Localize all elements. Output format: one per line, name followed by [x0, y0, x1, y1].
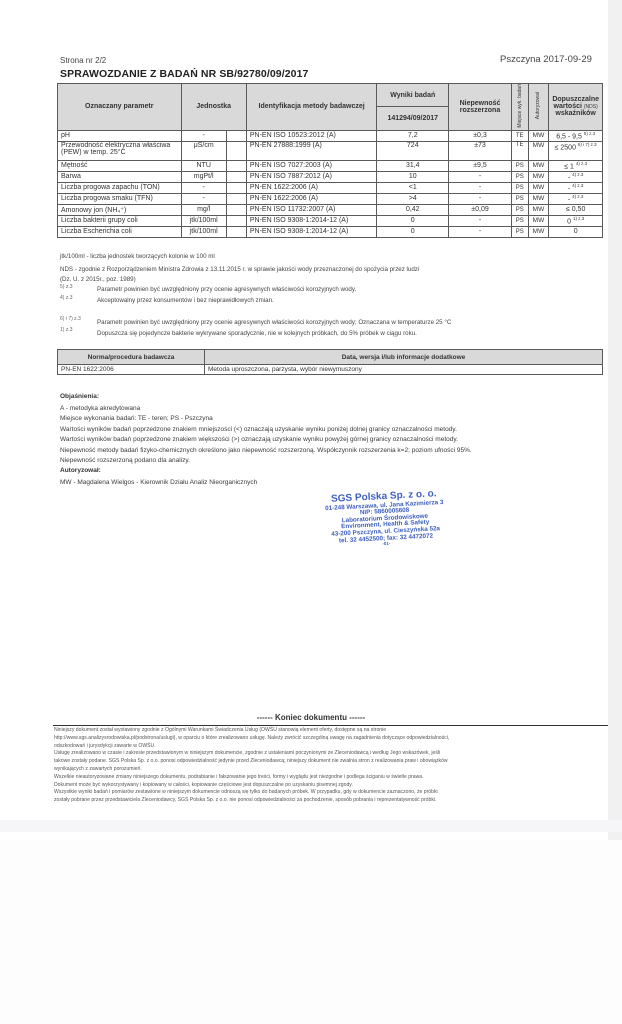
authorized-heading: Autoryzował:	[60, 467, 101, 474]
header-method: Identyfikacja metody badawczej	[246, 84, 376, 131]
table-row: Amonowy jon (NH₄⁺)mg/lPN-EN ISO 11732:20…	[58, 204, 603, 215]
uncertainty-cell: ±73	[449, 141, 512, 160]
result-cell: <1	[377, 182, 449, 193]
header-unit: Jednostka	[181, 84, 246, 131]
nds-cell: - 4) z.3	[549, 193, 603, 204]
authorized-cell: MW	[528, 193, 549, 204]
blank-cell	[226, 141, 246, 160]
method-cell: PN-EN ISO 9308-1:2014-12 (A)	[246, 226, 376, 237]
method-cell: PN-EN 1622:2006 (A)	[246, 182, 376, 193]
norm-value: PN-EN 1622:2006	[58, 365, 205, 375]
disclaimer-line: Niniejszy dokument został wystawiony zgo…	[54, 727, 608, 735]
parameter-cell: Liczba progowa smaku (TFN)	[58, 193, 182, 204]
authorized-cell: MW	[528, 141, 549, 160]
blank-cell	[226, 226, 246, 237]
page-number: Strona nr 2/2	[60, 56, 106, 65]
method-cell: PN-EN 1622:2006 (A)	[246, 193, 376, 204]
scan-edge-bottom	[0, 820, 622, 832]
unit-cell: -	[181, 130, 226, 141]
place-cell: PS	[511, 204, 528, 215]
table-row: MętnośćNTUPN-EN ISO 7027:2003 (A)31,4±9,…	[58, 160, 603, 171]
disclaimer-line: Wszystkie wyniki badań i pomiarów zestaw…	[54, 789, 608, 797]
disclaimer-line: odszkodowań i jurysdykcji zawarte w OWŚU…	[54, 743, 608, 751]
explanation-line: Miejsce wykonania badań: TE - teren; PS …	[60, 415, 213, 422]
parameter-cell: Liczba progowa zapachu (TON)	[58, 182, 182, 193]
header-place: Miejsce wyk. badań	[511, 84, 528, 131]
method-cell: PN-EN ISO 9308-1:2014-12 (A)	[246, 215, 376, 226]
footnote-ref: 4) z.3	[572, 183, 583, 188]
footnote-mark: 1) z.3	[60, 327, 73, 333]
table-row: Liczba Escherichia colijtk/100mlPN-EN IS…	[58, 226, 603, 237]
nds-cell: ≤ 2500 6) i 7) z.3	[549, 141, 603, 160]
parameter-cell: Barwa	[58, 171, 182, 182]
uncertainty-cell: -	[449, 171, 512, 182]
place-cell: PS	[511, 160, 528, 171]
footnote-text: Akceptowalny przez konsumentów i bez nie…	[97, 297, 274, 304]
note-nds: NDS - zgodnie z Rozporządzeniem Ministra…	[60, 266, 419, 273]
footnote-mark: 4) z.3	[60, 295, 73, 301]
authorized-cell: MW	[528, 204, 549, 215]
header-nds: Dopuszczalne wartości (NDS) wskaźników	[549, 84, 603, 131]
parameter-cell: pH	[58, 130, 182, 141]
parameter-cell: Przewodność elektryczna właściwa (PEW) w…	[58, 141, 182, 160]
blank-cell	[226, 204, 246, 215]
place-date: Pszczyna 2017-09-29	[500, 54, 592, 65]
uncertainty-cell: -	[449, 182, 512, 193]
place-cell: PS	[511, 182, 528, 193]
authorized-by: MW - Magdalena Wielgos - Kierownik Dział…	[60, 479, 257, 486]
unit-cell: NTU	[181, 160, 226, 171]
blank-cell	[226, 193, 246, 204]
footnote-ref: 4) z.3	[572, 194, 583, 199]
footnote-text: Parametr powinien być uwzględniony przy …	[97, 286, 356, 293]
place-cell: PS	[511, 193, 528, 204]
footnote-ref: 6) i 7) z.3	[578, 142, 597, 147]
nds-cell: 6,5 - 9,5 5) z.3	[549, 130, 603, 141]
explanation-line: A - metodyka akredytowana	[60, 405, 140, 412]
table-row: Przewodność elektryczna właściwa (PEW) w…	[58, 141, 603, 160]
header-info: Data, wersja i/lub informacje dodatkowe	[205, 350, 603, 365]
footer-divider	[53, 725, 608, 726]
company-stamp: SGS Polska Sp. z o. o. 01-248 Warszawa, …	[299, 488, 472, 552]
header-parameter: Oznaczany parametr	[58, 84, 182, 131]
unit-cell: -	[181, 193, 226, 204]
place-cell: PS	[511, 171, 528, 182]
table-row: Liczba progowa smaku (TFN)-PN-EN 1622:20…	[58, 193, 603, 204]
method-cell: PN-EN 27888:1999 (A)	[246, 141, 376, 160]
unit-cell: jtk/100ml	[181, 215, 226, 226]
parameter-cell: Mętność	[58, 160, 182, 171]
unit-cell: -	[181, 182, 226, 193]
blank-cell	[226, 215, 246, 226]
result-cell: 7,2	[377, 130, 449, 141]
unit-cell: mg/l	[181, 204, 226, 215]
table-row: Liczba progowa zapachu (TON)-PN-EN 1622:…	[58, 182, 603, 193]
result-cell: 10	[377, 171, 449, 182]
note-nds-ref: (Dz. U. z 2015r., poz. 1989)	[60, 276, 136, 283]
result-cell: >4	[377, 193, 449, 204]
blank-cell	[226, 171, 246, 182]
table-row: Liczba bakterii grupy colijtk/100mlPN-EN…	[58, 215, 603, 226]
uncertainty-cell: ±9,5	[449, 160, 512, 171]
result-cell: 31,4	[377, 160, 449, 171]
explanation-line: Niepewność metody badań fizyko-chemiczny…	[60, 447, 472, 454]
nds-cell: - 4) z.3	[549, 171, 603, 182]
uncertainty-cell: -	[449, 226, 512, 237]
disclaimer: Niniejszy dokument został wystawiony zgo…	[54, 727, 608, 805]
norm-table: Norma/procedura badawcza Data, wersja i/…	[57, 349, 603, 375]
uncertainty-cell: -	[449, 193, 512, 204]
parameter-cell: Liczba Escherichia coli	[58, 226, 182, 237]
blank-cell	[226, 160, 246, 171]
authorized-cell: MW	[528, 226, 549, 237]
uncertainty-cell: ±0,3	[449, 130, 512, 141]
footnote-text: Dopuszcza się pojedyncze bakterie wykryw…	[97, 330, 417, 337]
nds-cell: 0	[549, 226, 603, 237]
footnote-ref: 5) z.3	[584, 131, 595, 136]
footnote-ref: 4) z.3	[572, 172, 583, 177]
authorized-cell: MW	[528, 215, 549, 226]
nds-cell: ≤ 1 4) z.3	[549, 160, 603, 171]
footnote-ref: 1) z.3	[573, 216, 584, 221]
authorized-cell: MW	[528, 130, 549, 141]
unit-cell: μS/cm	[181, 141, 226, 160]
disclaimer-line: Wszelkie nieautoryzowane zmiany niniejsz…	[54, 774, 608, 782]
place-cell: PS	[511, 226, 528, 237]
report-title: SPRAWOZDANIE Z BADAŃ NR SB/92780/09/2017	[60, 68, 309, 80]
uncertainty-cell: ±0,09	[449, 204, 512, 215]
disclaimer-line: Usługę zrealizowano w czasie i zakresie …	[54, 750, 608, 758]
nds-cell: - 4) z.3	[549, 182, 603, 193]
method-cell: PN-EN ISO 7887:2012 (A)	[246, 171, 376, 182]
result-cell: 0	[377, 226, 449, 237]
explanation-line: Wartości wyników badań poprzedzone znaki…	[60, 426, 457, 433]
footnote-text: Parametr powinien być uwzględniony przy …	[97, 319, 451, 326]
end-of-document: ------ Koniec dokumentu ------	[0, 713, 622, 722]
authorized-cell: MW	[528, 171, 549, 182]
header-results: Wyniki badań	[377, 84, 449, 107]
uncertainty-cell: -	[449, 215, 512, 226]
explanations-heading: Objaśnienia:	[60, 393, 99, 400]
note-jtk: jtk/100ml - liczba jednostek tworzących …	[60, 253, 215, 260]
parameter-cell: Liczba bakterii grupy coli	[58, 215, 182, 226]
result-cell: 0,42	[377, 204, 449, 215]
place-cell: TE	[511, 141, 528, 160]
footnote-mark: 5) z.3	[60, 284, 73, 290]
method-cell: PN-EN ISO 7027:2003 (A)	[246, 160, 376, 171]
info-value: Metoda uproszczona, parzysta, wybór niew…	[205, 365, 603, 375]
disclaimer-line: wynikających z zawartych porozumień.	[54, 766, 608, 774]
footnote-ref: 4) z.3	[576, 161, 587, 166]
unit-cell: mgPt/l	[181, 171, 226, 182]
nds-cell: 0 1) z.3	[549, 215, 603, 226]
header-uncertainty: Niepewność rozszerzona	[449, 84, 512, 131]
header-authorized: Autoryzował	[528, 84, 549, 131]
explanation-line: Wartości wyników badań poprzedzone znaki…	[60, 436, 458, 443]
place-cell: TE	[511, 130, 528, 141]
footnote-mark: 6) i 7) z.3	[60, 316, 81, 322]
authorized-cell: MW	[528, 182, 549, 193]
result-cell: 724	[377, 141, 449, 160]
disclaimer-line: zostały pobrane przez przedstawiciela Zl…	[54, 797, 608, 805]
unit-cell: jtk/100ml	[181, 226, 226, 237]
blank-cell	[226, 182, 246, 193]
nds-cell: ≤ 0,50	[549, 204, 603, 215]
method-cell: PN-EN ISO 10523:2012 (A)	[246, 130, 376, 141]
result-cell: 0	[377, 215, 449, 226]
table-row: PN-EN 1622:2006 Metoda uproszczona, parz…	[58, 365, 603, 375]
header-sample-id: 141294/09/2017	[377, 107, 449, 130]
table-row: BarwamgPt/lPN-EN ISO 7887:2012 (A)10-PSM…	[58, 171, 603, 182]
results-table: Oznaczany parametr Jednostka Identyfikac…	[57, 83, 603, 238]
table-row: pH-PN-EN ISO 10523:2012 (A)7,2±0,3TEMW6,…	[58, 130, 603, 141]
disclaimer-line: http://www.sgs.analizysrodowiska.pl/pods…	[54, 735, 608, 743]
header-norm: Norma/procedura badawcza	[58, 350, 205, 365]
parameter-cell: Amonowy jon (NH₄⁺)	[58, 204, 182, 215]
method-cell: PN-EN ISO 11732:2007 (A)	[246, 204, 376, 215]
blank-cell	[226, 130, 246, 141]
disclaimer-line: Dokument może być wykorzystywany i kopio…	[54, 782, 608, 790]
disclaimer-line: takowe zostały podane. SGS Polska Sp. z …	[54, 758, 608, 766]
explanation-line: Niepewność rozszerzoną podano dla analiz…	[60, 457, 190, 464]
place-cell: PS	[511, 215, 528, 226]
authorized-cell: MW	[528, 160, 549, 171]
